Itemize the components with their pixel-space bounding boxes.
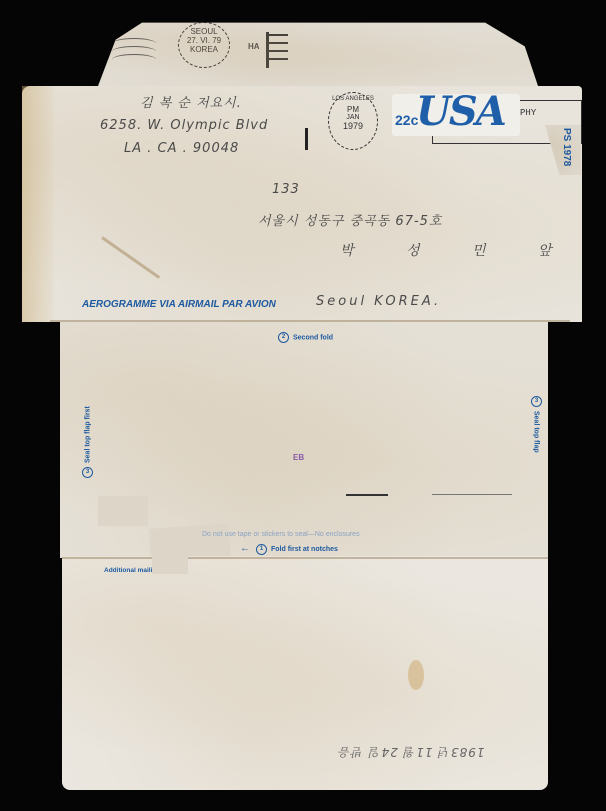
postmark-month: JAN <box>329 114 377 121</box>
cancel-bar <box>268 50 288 52</box>
sender-street: 6258. W. Olympic Blvd <box>100 118 268 133</box>
cancel-mark <box>305 128 308 150</box>
usa-stamp: 22c USA <box>392 94 520 136</box>
postmark-date: 27. VI. 79 <box>179 36 229 45</box>
right-tab-text: PS 1978 <box>561 128 572 166</box>
sender-city: LA . CA . 90048 <box>124 141 239 156</box>
seal-right-label: 3Seal top flap <box>531 396 542 453</box>
pen-mark <box>432 494 512 495</box>
pen-mark <box>346 494 388 496</box>
postmark-year: 1979 <box>329 121 377 131</box>
recipient-code: 133 <box>272 182 300 197</box>
cancel-bar <box>268 58 288 60</box>
aerogramme-label: AEROGRAMME VIA AIRMAIL PAR AVION <box>82 299 276 310</box>
no-tape-notice: Do not use tape or stickers to seal—No e… <box>202 531 360 538</box>
cancel-text: HA <box>248 42 260 51</box>
postmark-city: LOS ANGELES <box>329 96 377 102</box>
seal-number-icon: 3 <box>531 396 542 407</box>
fold-line <box>62 557 548 559</box>
upside-down-note: 1983년 11월 24일 받음 <box>338 744 484 761</box>
seoul-postmark: SEOUL 27. VI. 79 KOREA <box>178 22 230 68</box>
stamp-country: USA <box>416 88 505 135</box>
second-fold-label: 2Second fold <box>278 332 333 343</box>
recipient-country: Seoul KOREA. <box>316 294 441 309</box>
cancel-bar <box>268 42 288 44</box>
cancel-wave <box>112 54 156 65</box>
recipient-name: 박 성 민 앞 <box>340 240 575 260</box>
fold-line <box>50 320 570 322</box>
sender-name: 김 복 순 저요시. <box>140 92 242 111</box>
arrow-left-icon: ← <box>240 543 250 554</box>
crease-stain <box>101 236 160 279</box>
seal-right-text: Seal top flap <box>533 411 540 453</box>
second-fold-text: Second fold <box>293 334 333 341</box>
postmark-country: KOREA <box>179 45 229 54</box>
postmark-time: PM <box>329 105 377 114</box>
seal-left-text: Seal top flap first <box>84 406 91 463</box>
first-fold-label: ←1Fold first at notches <box>240 543 338 555</box>
tape-residue <box>152 552 188 574</box>
stain <box>408 660 424 690</box>
edge-stain <box>22 86 54 322</box>
cancel-bar <box>268 34 288 36</box>
seal-number-icon: 3 <box>82 467 93 478</box>
top-flap: SEOUL 27. VI. 79 KOREA HA <box>98 20 538 86</box>
seal-left-label: 3Seal top flap first <box>82 406 93 478</box>
fold-number-icon: 1 <box>256 544 267 555</box>
purple-mark: EB <box>293 453 304 462</box>
postmark-city: SEOUL <box>179 27 229 36</box>
first-fold-text: Fold first at notches <box>271 546 338 553</box>
stamp-denomination: 22c <box>395 112 418 128</box>
la-postmark: LOS ANGELES PM JAN 1979 <box>328 92 378 150</box>
tape-residue <box>98 496 148 526</box>
recipient-address: 서울시 성동구 중곡동 67-5호 <box>258 210 442 229</box>
fold-number-icon: 2 <box>278 332 289 343</box>
